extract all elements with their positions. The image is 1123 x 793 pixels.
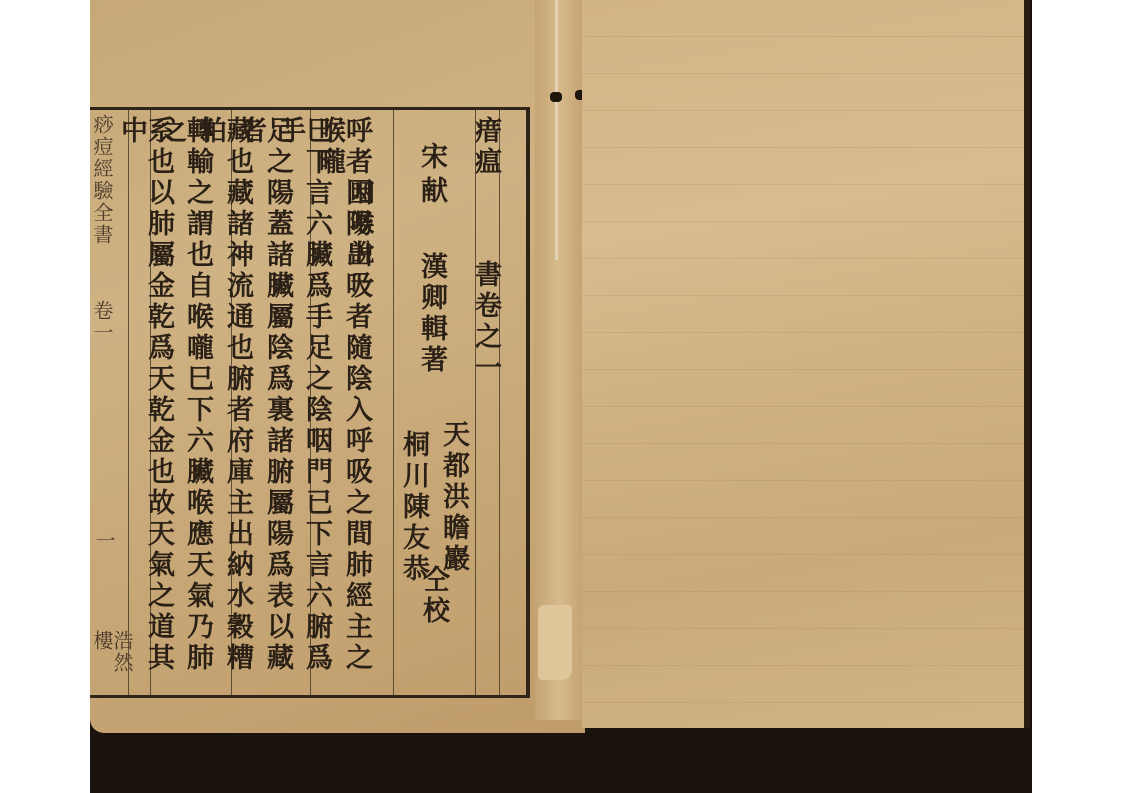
- title-volume: 書卷之一: [472, 260, 499, 384]
- margin-publisher: 浩然樓: [92, 630, 132, 695]
- margin-page-number: 一: [94, 530, 114, 552]
- margin-volume: 卷一: [92, 300, 112, 344]
- column-rule: [393, 110, 394, 695]
- printed-frame: 瘄瘟 書卷之一 宋 献 漢卿輯著 天都洪瞻巖 仝校 桐川陳友恭 咽喉說一 呼者因…: [90, 107, 530, 698]
- editor-2: 桐川陳友恭: [400, 430, 427, 585]
- author-name-part: 献: [418, 176, 445, 207]
- paper-texture: [582, 0, 1024, 728]
- scan-image: 瘄瘟 書卷之一 宋 献 漢卿輯著 天都洪瞻巖 仝校 桐川陳友恭 咽喉說一 呼者因…: [90, 0, 1032, 793]
- left-page: 瘄瘟 書卷之一 宋 献 漢卿輯著 天都洪瞻巖 仝校 桐川陳友恭 咽喉說一 呼者因…: [90, 0, 585, 733]
- column-rule: [475, 110, 476, 695]
- right-page-blank: [582, 0, 1030, 728]
- editor-1: 天都洪瞻巖: [440, 420, 467, 575]
- margin-book-title: 痧痘經驗全書: [92, 114, 112, 246]
- paper-tear: [538, 605, 572, 680]
- binding-thread: [555, 0, 558, 260]
- title-top: 瘄瘟: [472, 116, 499, 178]
- binding-hole: [550, 92, 562, 102]
- author-name: 漢卿輯著: [418, 252, 445, 376]
- column-rule: [499, 110, 500, 695]
- author-dynasty: 宋: [418, 142, 445, 173]
- body-column-6: 系也以肺屬金乾爲天乾金也故天氣之道其中: [118, 116, 172, 695]
